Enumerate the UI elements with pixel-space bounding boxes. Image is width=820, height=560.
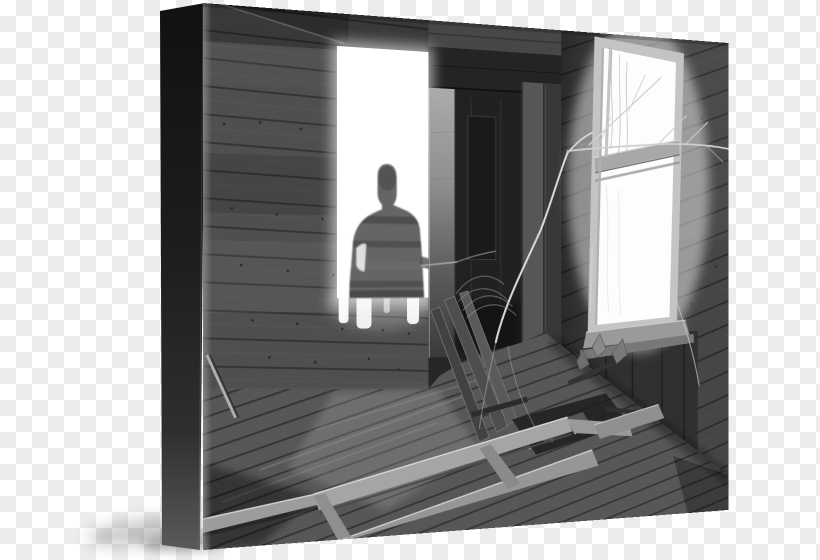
canvas-print-front — [203, 3, 728, 550]
photo-scene — [203, 3, 728, 550]
dark-recess — [456, 89, 521, 355]
corner-post — [522, 82, 562, 348]
canvas-side-face — [160, 3, 205, 550]
canvas-fold-light — [203, 3, 212, 550]
recess-panel — [468, 116, 496, 260]
transparency-checkerboard — [0, 0, 820, 560]
light-gap — [339, 292, 349, 323]
